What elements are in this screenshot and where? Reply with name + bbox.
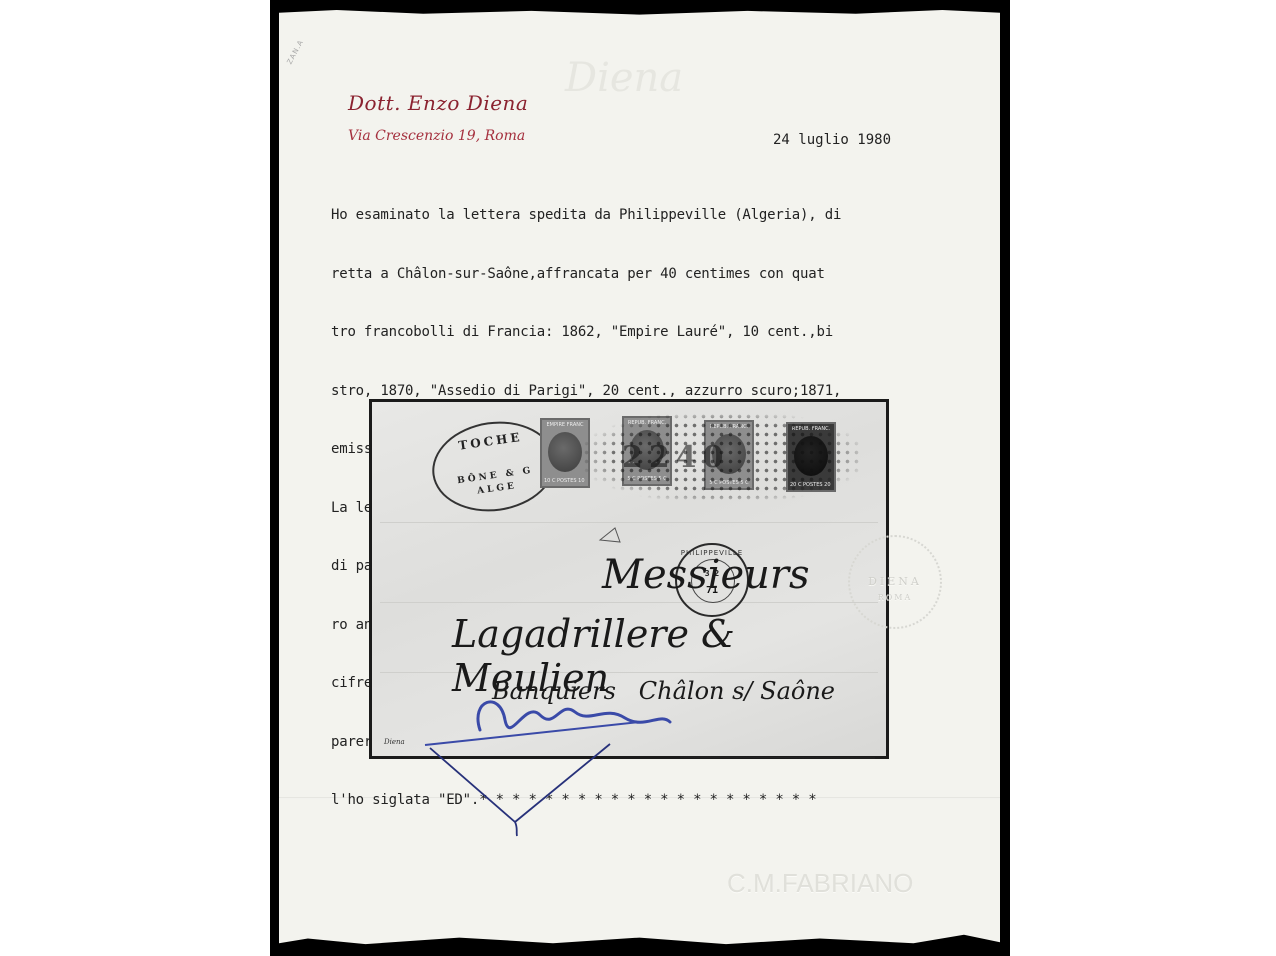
signature-ed xyxy=(0,0,1276,956)
